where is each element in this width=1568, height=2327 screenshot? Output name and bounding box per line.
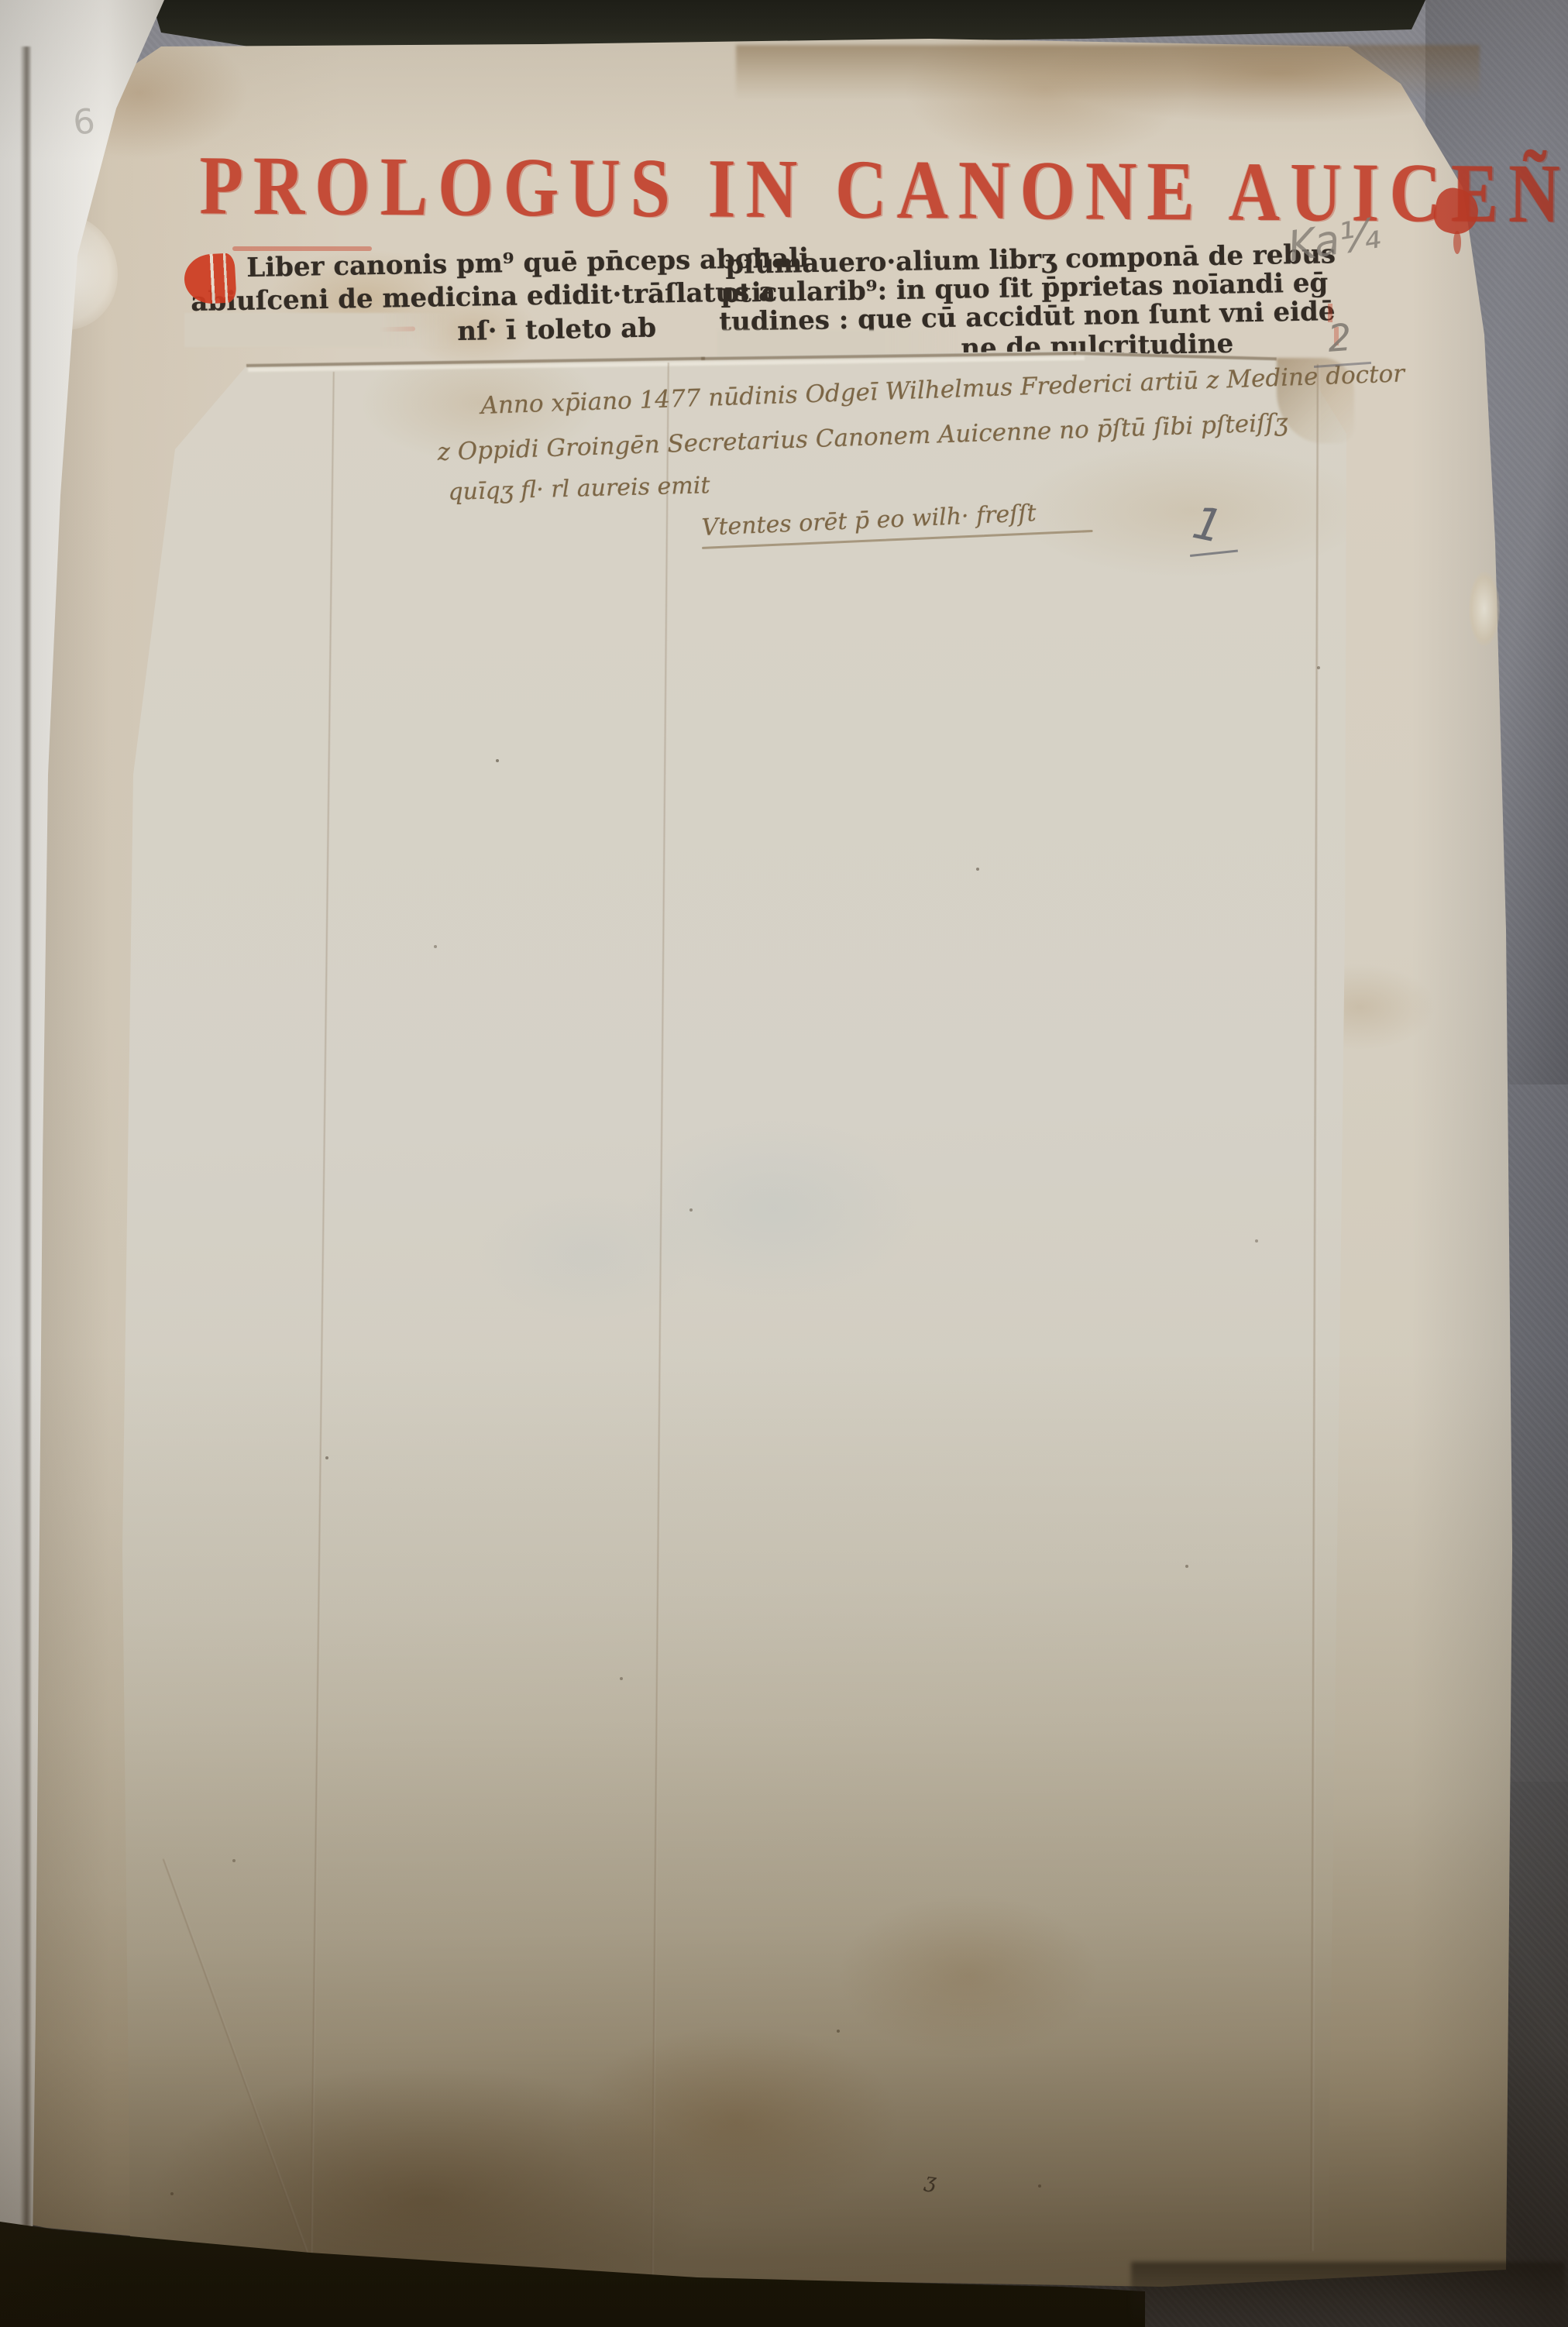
pencil-number-2: 2 <box>1326 316 1353 361</box>
gutter-seam-shadow <box>20 46 31 2239</box>
right-edge-tear-highlight <box>1469 572 1500 646</box>
printed-line-fragment: nſ· ī toleto ab <box>457 313 656 347</box>
page-top-deckle-edge <box>736 45 1480 99</box>
page-bottom-shadow <box>1131 2262 1565 2327</box>
pencil-number-top-left: 6 <box>71 101 97 143</box>
photo-of-incunable-page: PROLOGUS IN CANONE AUICEÑ Liber canonis … <box>0 0 1568 2327</box>
red-ink-drip <box>1453 231 1461 254</box>
abraded-text-mask <box>184 313 456 347</box>
foxing-specks <box>496 759 499 762</box>
